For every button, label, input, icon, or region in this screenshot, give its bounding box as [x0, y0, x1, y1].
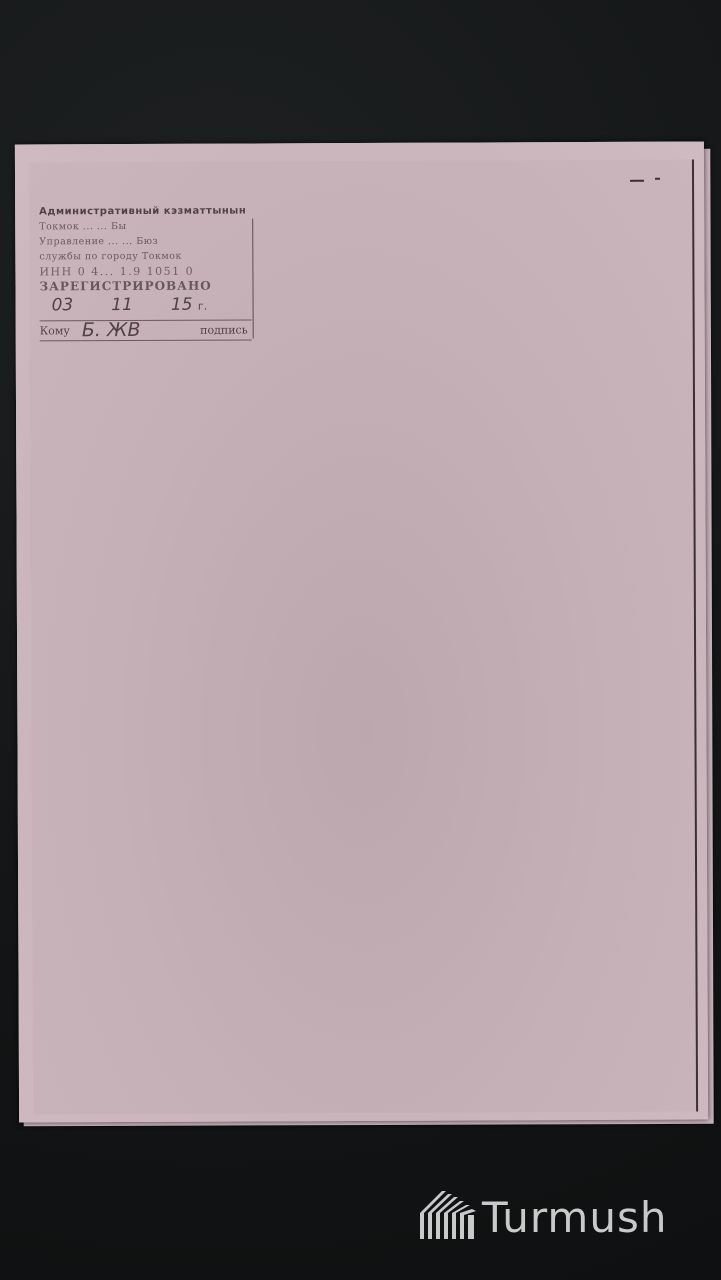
stamp-date: 03 11 15 г. [40, 297, 252, 314]
stamp-line-3: Управлениe ... ... Бюз [39, 233, 251, 249]
watermark-brand-text: Turmush [482, 1197, 667, 1239]
stamp-date-day: 03 [52, 298, 74, 314]
page-mark [630, 180, 644, 182]
stamp-recipient-handwriting: Б. ЖВ [82, 323, 141, 338]
registration-stamp: Административный кэзматтынын Токмок ... … [39, 203, 252, 354]
scanned-content-area: Административный кэзматтынын Токмок ... … [29, 160, 698, 1115]
stamp-date-month: 11 [111, 298, 133, 314]
stamp-registered-label: ЗАРЕГИСТРИРОВАНО [39, 278, 251, 294]
stamp-recipient-label: Кому [40, 323, 70, 338]
stamp-date-year: 15 г. [171, 298, 207, 314]
house-stripes-icon [420, 1191, 478, 1239]
stamp-signature-row: Кому Б. ЖВ подпись [40, 319, 252, 341]
stamp-line-4: службы по городу Токмок [39, 248, 251, 264]
turmush-watermark: Turmush [420, 1183, 690, 1239]
stamp-header: Административный кэзматтынын [39, 203, 251, 219]
stamp-date-year-value: 15 [171, 295, 193, 315]
page-mark-small [655, 178, 660, 180]
stamp-signature-label: подпись [200, 322, 248, 337]
document-page: Административный кэзматтынын Токмок ... … [15, 142, 708, 1123]
stamp-line-2: Токмок ... ... Бы [39, 218, 251, 234]
stamp-inn: ИНН 0 4... 1.9 1051 0 [39, 263, 251, 279]
stamp-date-year-suffix: г. [198, 300, 207, 313]
stamp-border [252, 218, 254, 338]
